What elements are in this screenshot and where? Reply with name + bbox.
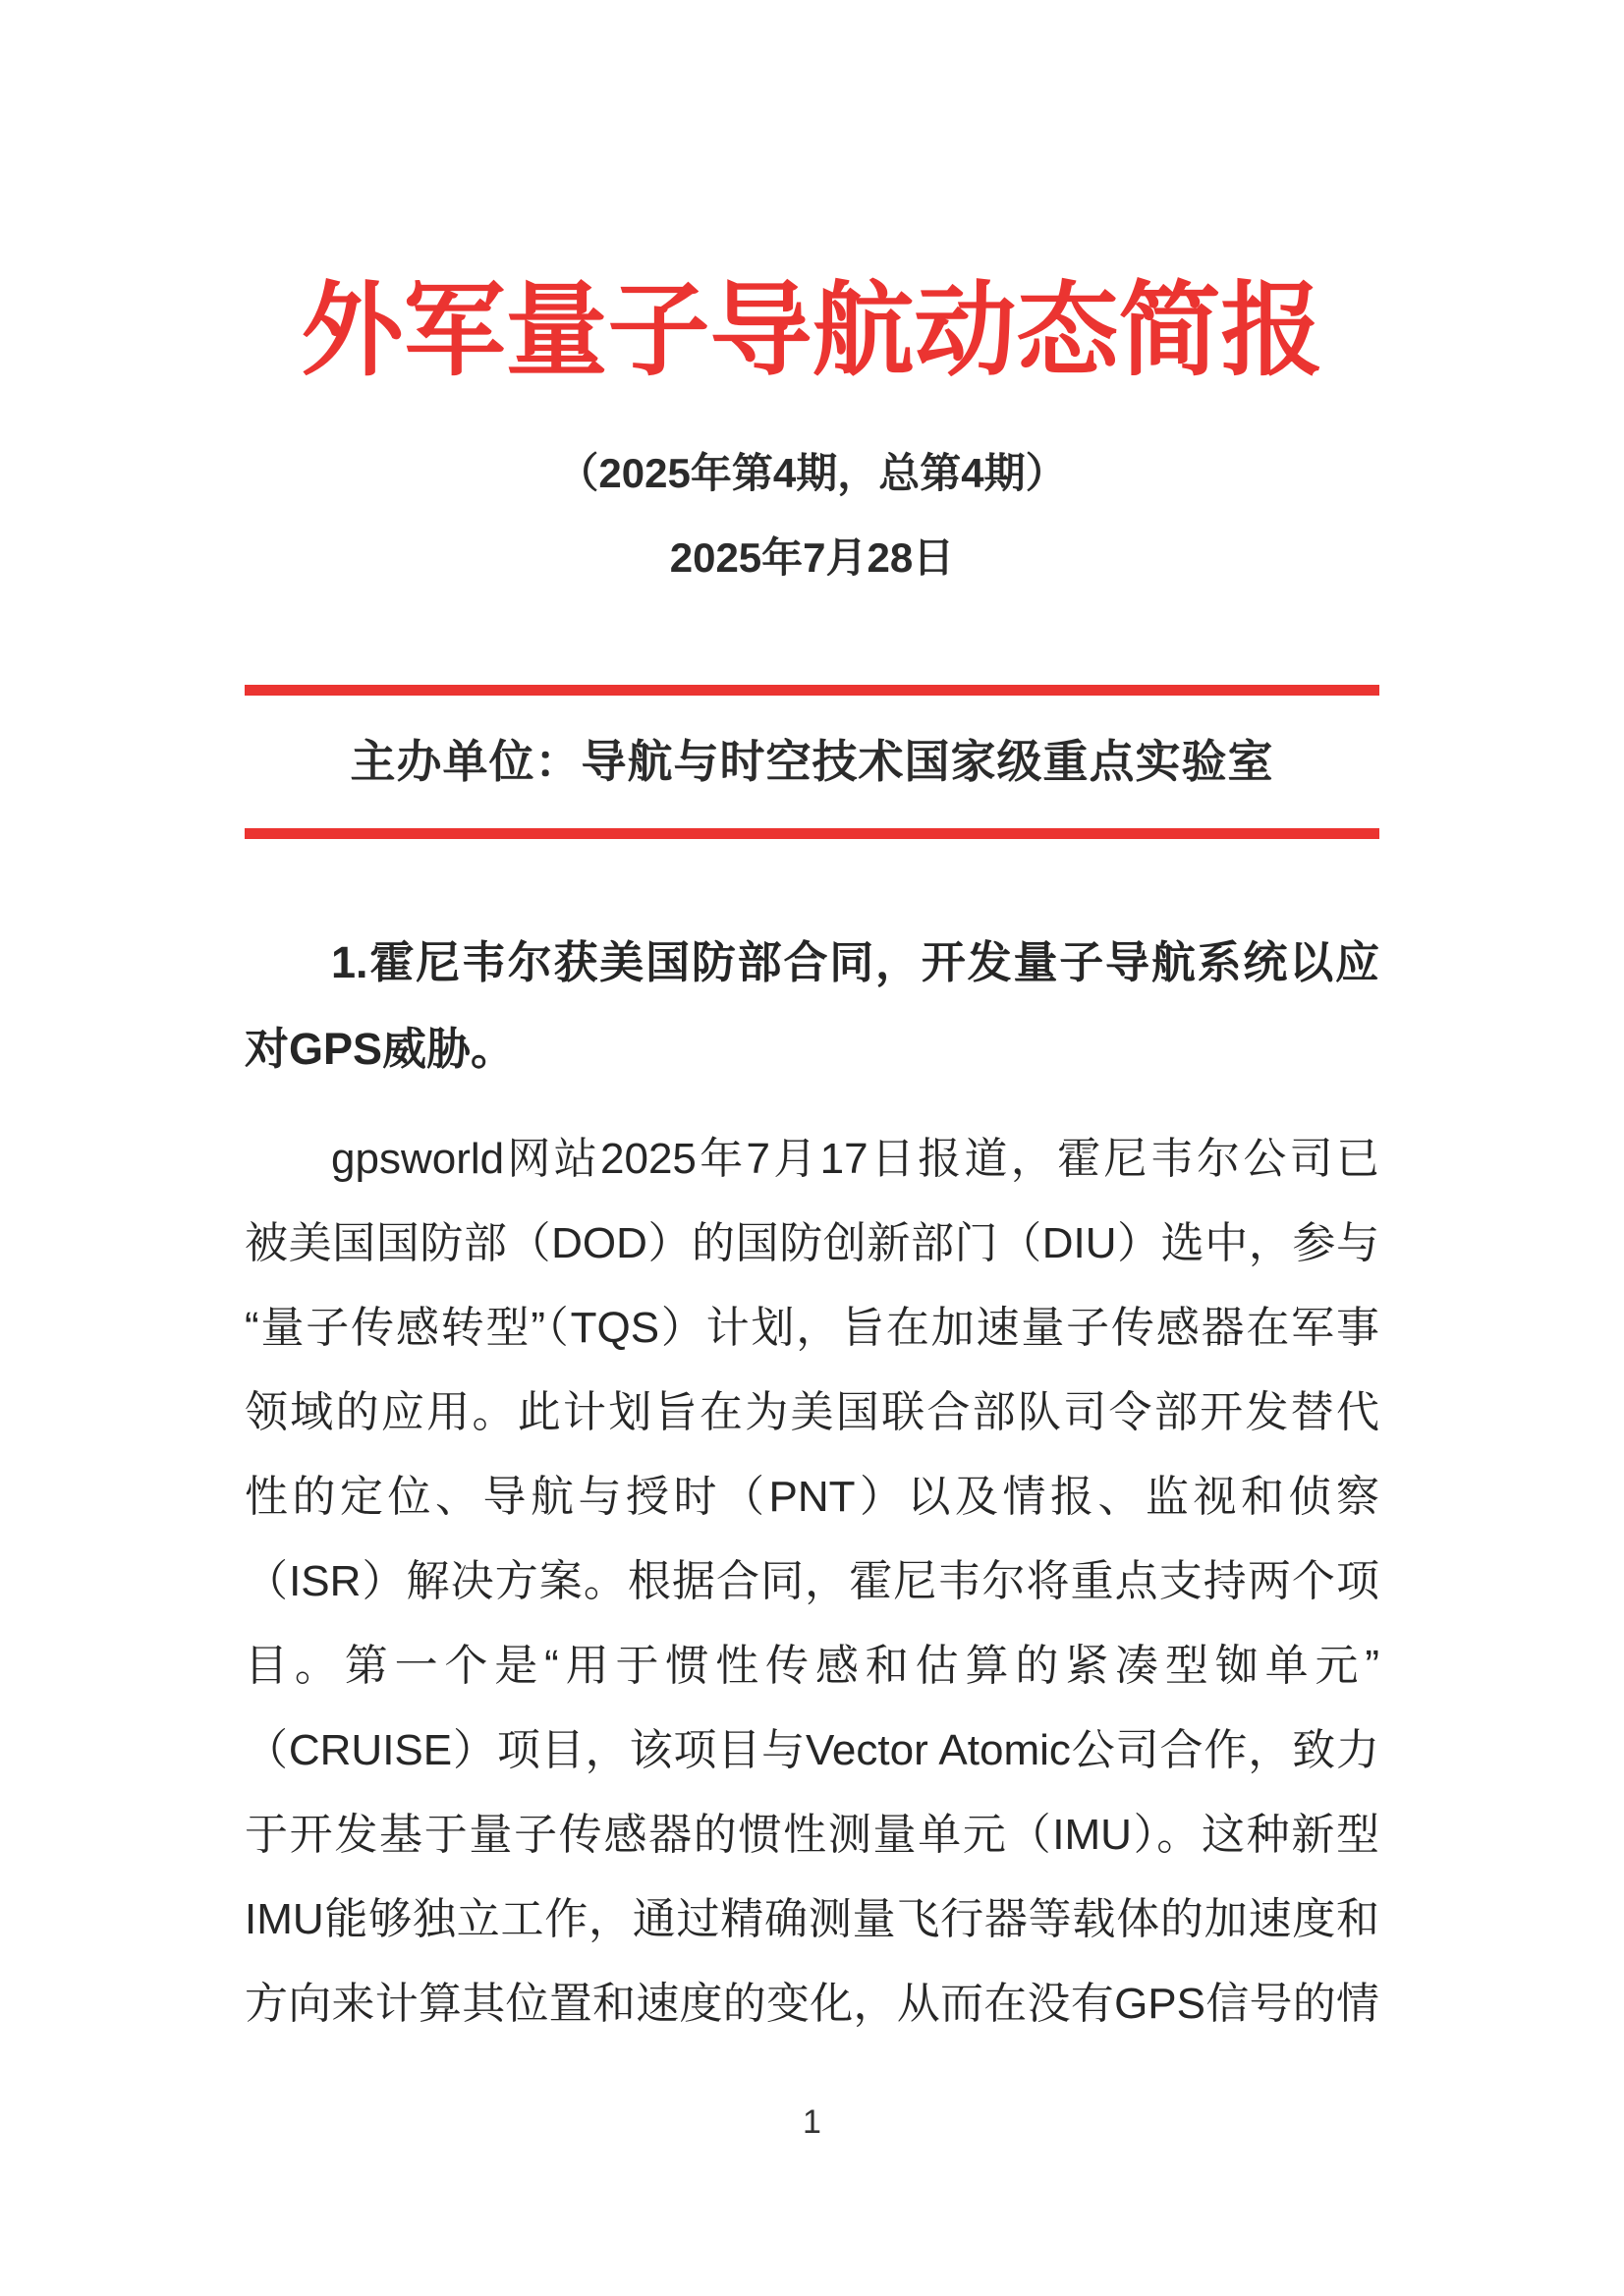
body-line: 方向来计算其位置和速度的变化，从而在没有GPS信号的情 <box>245 1962 1379 2046</box>
page-number: 1 <box>245 2083 1379 2161</box>
banner-rule-bottom <box>245 828 1379 839</box>
body-line: 于开发基于量子传感器的惯性测量单元（IMU）。这种新型 <box>245 1793 1379 1877</box>
heading-line: 对GPS威胁。 <box>245 1006 1379 1092</box>
organizer-banner: 主办单位：导航与时空技术国家级重点实验室 <box>245 719 1379 804</box>
body-line: 性的定位、导航与授时（PNT）以及情报、监视和侦察 <box>245 1455 1379 1540</box>
heading-line: 1.霍尼韦尔获美国防部合同，开发量子导航系统以应 <box>245 920 1379 1006</box>
body-line: 被美国国防部（DOD）的国防创新部门（DIU）选中，参与 <box>245 1202 1379 1286</box>
date-line: 2025年7月28日 <box>245 516 1379 600</box>
body-line: 领域的应用。此计划旨在为美国联合部队司令部开发替代 <box>245 1371 1379 1455</box>
body-line: IMU能够独立工作，通过精确测量飞行器等载体的加速度和 <box>245 1877 1379 1962</box>
article-body: gpsworld网站2025年7月17日报道，霍尼韦尔公司已 被美国国防部（DO… <box>245 1117 1379 2046</box>
body-line: （ISR）解决方案。根据合同，霍尼韦尔将重点支持两个项 <box>245 1540 1379 1624</box>
body-line: “量子传感转型”（TQS）计划，旨在加速量子传感器在军事 <box>245 1286 1379 1371</box>
document-title: 外军量子导航动态简报 <box>245 246 1379 418</box>
article-heading: 1.霍尼韦尔获美国防部合同，开发量子导航系统以应 对GPS威胁。 <box>245 920 1379 1092</box>
body-line: 目。第一个是“用于惯性传感和估算的紧凑型铷单元” <box>245 1624 1379 1708</box>
body-line: gpsworld网站2025年7月17日报道，霍尼韦尔公司已 <box>245 1117 1379 1202</box>
issue-line: （2025年第4期，总第4期） <box>245 431 1379 516</box>
banner-rule-top <box>245 685 1379 696</box>
body-line: （CRUISE）项目，该项目与Vector Atomic公司合作，致力 <box>245 1708 1379 1793</box>
document-page: 外军量子导航动态简报 （2025年第4期，总第4期） 2025年7月28日 主办… <box>0 0 1624 2296</box>
